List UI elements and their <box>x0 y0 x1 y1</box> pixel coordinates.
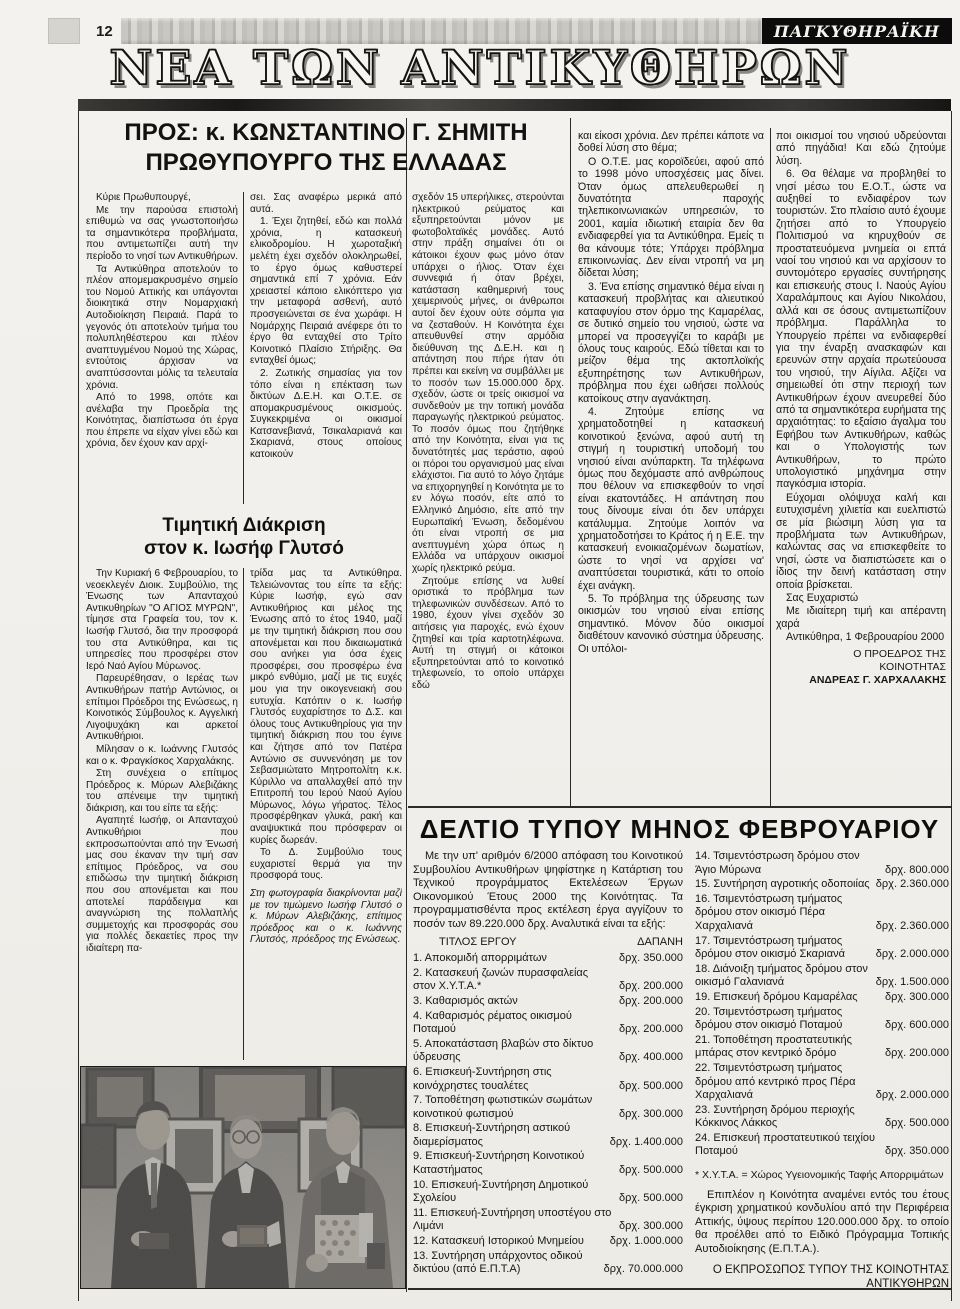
letter-column-5-text: ποι οικισμοί του νησιού υδρεύονται από π… <box>776 130 946 644</box>
press-item-row: 3. Καθαρισμός ακτώνδρχ. 200.000 <box>413 995 683 1009</box>
press-item-row: 13. Συντήρηση υπάρχοντος οδικού δικτύου … <box>413 1250 683 1277</box>
press-item-row: 10. Επισκευή-Συντήρηση Δημοτικού Σχολείο… <box>413 1179 683 1206</box>
press-item-cost: δρχ. 350.000 <box>885 1145 949 1159</box>
press-item-label: 10. Επισκευή-Συντήρηση Δημοτικού Σχολείο… <box>413 1179 619 1206</box>
press-item-row: 2. Κατασκευή ζωνών πυρασφαλείας στον Χ.Υ… <box>413 967 683 994</box>
letter-column-2: σει. Σας αναφέρω μερικά από αυτά.1. Έχει… <box>250 192 402 506</box>
press-item-row: 11. Επισκευή-Συντήρηση υποστέγου στο Λιμ… <box>413 1207 683 1234</box>
newspaper-page: 12 ΠΑΓΚΥΘΗΡΑΪΚΗ ΝΕΑ ΤΩΝ ΑΝΤΙΚΥΘΗΡΩΝ ΠΡΟΣ… <box>0 0 960 1309</box>
press-item-label: 11. Επισκευή-Συντήρηση υποστέγου στο Λιμ… <box>413 1207 619 1234</box>
press-item-label: 1. Αποκομιδή απορριμάτων <box>413 952 619 966</box>
press-item-label: 15. Συντήρηση αγροτικής οδοποιίας <box>695 878 876 892</box>
press-items-right: 14. Τσιμεντόστρωση δρόμου στον Άγιο Μύρω… <box>695 850 949 1159</box>
press-item-row: 16. Τσιμεντόστρωση τμήματος δρόμου στον … <box>695 893 949 934</box>
press-header-title: ΤΙΤΛΟΣ ΕΡΓΟΥ <box>413 936 516 950</box>
press-item-label: 20. Τσιμεντόστρωση τμήματος δρόμου στον … <box>695 1006 885 1033</box>
press-release-intro: Με την υπ' αριθμόν 6/2000 απόφαση του Κο… <box>413 850 683 932</box>
press-item-cost: δρχ. 350.000 <box>619 952 683 966</box>
right-border-rule <box>951 111 952 1301</box>
press-item-label: 2. Κατασκευή ζωνών πυρασφαλείας στον Χ.Υ… <box>413 967 619 994</box>
press-footnote: * Χ.Υ.Τ.Α. = Χώρος Υγειονομικής Ταφής Απ… <box>695 1169 949 1183</box>
letter-title: ΠΡΟΣ: κ. ΚΩΝΣΤΑΝΤΙΝΟ Γ. ΣΗΜΙΤΗ ΠΡΩΘΥΠΟΥΡ… <box>85 118 567 178</box>
column-rule-4 <box>770 128 771 806</box>
press-item-cost: δρχ. 200.000 <box>619 980 683 994</box>
press-item-cost: δρχ. 2.000.000 <box>876 1089 949 1103</box>
letter-column-5: ποι οικισμοί του νησιού υδρεύονται από π… <box>776 130 946 804</box>
press-item-label: 13. Συντήρηση υπάρχοντος οδικού δικτύου … <box>413 1250 604 1277</box>
press-item-row: 17. Τσιμεντόστρωση τμήματος δρόμου στον … <box>695 935 949 962</box>
honor-title-line1: Τιμητική Διάκριση <box>85 514 403 537</box>
press-item-row: 20. Τσιμεντόστρωση τμήματος δρόμου στον … <box>695 1006 949 1033</box>
press-item-label: 12. Κατασκευή Ιστορικού Μνημείου <box>413 1235 610 1249</box>
press-item-cost: δρχ. 200.000 <box>619 995 683 1009</box>
press-item-row: 24. Επισκευή προστατευτικού τειχίου Ποτα… <box>695 1132 949 1159</box>
column-rule-2 <box>406 118 407 1292</box>
honor-column-1-text: Την Κυριακή 6 Φεβρουαρίου, το νεοεκλεγέν… <box>86 568 238 955</box>
press-item-cost: δρχ. 600.000 <box>885 1019 949 1033</box>
letter-column-4-text: και είκοσι χρόνια. Δεν πρέπει κάποτε να … <box>578 130 764 655</box>
press-item-label: 7. Τοποθέτηση φωτιστικών σωμάτων κοινοτι… <box>413 1094 619 1121</box>
press-item-cost: δρχ. 1.500.000 <box>876 976 949 990</box>
press-signature-role-1: Ο ΕΚΠΡΟΣΩΠΟΣ ΤΥΠΟΥ ΤΗΣ ΚΟΙΝΟΤΗΤΑΣ <box>695 1263 949 1277</box>
press-item-row: 5. Αποκατάσταση βλαβών στο δίκτυο ύδρευσ… <box>413 1038 683 1065</box>
press-item-row: 15. Συντήρηση αγροτικής οδοποιίαςδρχ. 2.… <box>695 878 949 892</box>
press-release-left-column: Με την υπ' αριθμόν 6/2000 απόφαση του Κο… <box>413 850 683 1282</box>
press-release-heading: ΔΕΛΤΙΟ ΤΥΠΟΥ ΜΗΝΟΣ ΦΕΒΡΟΥΑΡΙΟΥ <box>408 814 951 845</box>
press-signature-role-2: ΑΝΤΙΚΥΘΗΡΩΝ <box>695 1277 949 1288</box>
press-item-label: 21. Τοποθέτηση προστατευτικής μπάρας στο… <box>695 1034 885 1061</box>
press-item-label: 19. Επισκευή δρόμου Καμαρέλας <box>695 991 885 1005</box>
press-item-row: 12. Κατασκευή Ιστορικού Μνημείουδρχ. 1.0… <box>413 1235 683 1249</box>
letter-signature-name: ΑΝΔΡΕΑΣ Γ. ΧΑΡΧΑΛΑΚΗΣ <box>776 674 946 687</box>
press-item-row: 9. Επισκευή-Συντήρηση Κοινοτικού Καταστή… <box>413 1150 683 1177</box>
press-item-label: 23. Συντήρηση δρόμου περιοχής Κόκκινος Λ… <box>695 1104 885 1131</box>
press-item-cost: δρχ. 500.000 <box>619 1080 683 1094</box>
press-item-cost: δρχ. 1.000.000 <box>610 1235 683 1249</box>
press-item-row: 19. Επισκευή δρόμου Καμαρέλαςδρχ. 300.00… <box>695 991 949 1005</box>
press-item-cost: δρχ. 500.000 <box>885 1117 949 1131</box>
press-item-label: 9. Επισκευή-Συντήρηση Κοινοτικού Καταστή… <box>413 1150 619 1177</box>
ceremony-photo-art <box>81 1067 405 1288</box>
press-item-label: 14. Τσιμεντόστρωση δρόμου στον Άγιο Μύρω… <box>695 850 885 877</box>
column-rule-3 <box>570 118 571 806</box>
press-item-label: 4. Καθαρισμός ρέματος οικισμού Ποταμού <box>413 1010 619 1037</box>
letter-title-line1: ΠΡΟΣ: κ. ΚΩΝΣΤΑΝΤΙΝΟ Γ. ΣΗΜΙΤΗ <box>85 118 567 148</box>
press-item-cost: δρχ. 300.000 <box>619 1220 683 1234</box>
letter-title-line2: ΠΡΩΘΥΠΟΥΡΓΟ ΤΗΣ ΕΛΛΑΔΑΣ <box>85 148 567 178</box>
press-item-label: 22. Τσιμεντόστρωση τμήματος δρόμου από κ… <box>695 1062 876 1103</box>
photo-caption: Στη φωτογραφία διακρίνονται μαζί με τον … <box>250 888 402 946</box>
press-note: Επιπλέον η Κοινότητα αναμένει εντός του … <box>695 1189 949 1257</box>
press-item-cost: δρχ. 300.000 <box>619 1108 683 1122</box>
press-items-left: 1. Αποκομιδή απορριμάτωνδρχ. 350.0002. Κ… <box>413 952 683 1277</box>
honor-column-2-text: τρίδα μας τα Αντικύθηρα. Τελειώνοντας το… <box>250 568 402 882</box>
press-item-label: 17. Τσιμεντόστρωση τμήματος δρόμου στον … <box>695 935 876 962</box>
press-signature: Ο ΕΚΠΡΟΣΩΠΟΣ ΤΥΠΟΥ ΤΗΣ ΚΟΙΝΟΤΗΤΑΣ ΑΝΤΙΚΥ… <box>695 1263 949 1288</box>
press-release-right-column: 14. Τσιμεντόστρωση δρόμου στον Άγιο Μύρω… <box>695 850 949 1288</box>
press-item-row: 7. Τοποθέτηση φωτιστικών σωμάτων κοινοτι… <box>413 1094 683 1121</box>
press-item-row: 18. Διάνοιξη τμήματος δρόμου στον οικισμ… <box>695 963 949 990</box>
press-item-label: 5. Αποκατάσταση βλαβών στο δίκτυο ύδρευσ… <box>413 1038 619 1065</box>
honor-article-title: Τιμητική Διάκριση στον κ. Ιωσήφ Γλυτσό <box>85 514 403 560</box>
honor-column-2: τρίδα μας τα Αντικύθηρα. Τελειώνοντας το… <box>250 568 402 1060</box>
press-item-cost: δρχ. 500.000 <box>619 1192 683 1206</box>
ceremony-photo <box>80 1066 406 1289</box>
press-item-cost: δρχ. 2.000.000 <box>876 948 949 962</box>
letter-column-4: και είκοσι χρόνια. Δεν πρέπει κάποτε να … <box>578 130 764 804</box>
honor-column-1: Την Κυριακή 6 Φεβρουαρίου, το νεοεκλεγέν… <box>86 568 238 1060</box>
press-item-cost: δρχ. 400.000 <box>619 1051 683 1065</box>
letter-column-1: Κύριε Πρωθυπουργέ,Με την παρούσα επιστολ… <box>86 192 238 506</box>
press-item-cost: δρχ. 200.000 <box>885 1047 949 1061</box>
press-item-cost: δρχ. 500.000 <box>619 1164 683 1178</box>
letter-column-2-text: σει. Σας αναφέρω μερικά από αυτά.1. Έχει… <box>250 192 402 461</box>
press-item-label: 24. Επισκευή προστατευτικού τειχίου Ποτα… <box>695 1132 885 1159</box>
press-item-cost: δρχ. 70.000.000 <box>604 1263 683 1277</box>
press-item-row: 21. Τοποθέτηση προστατευτικής μπάρας στο… <box>695 1034 949 1061</box>
masthead-divider-bar <box>78 99 951 111</box>
press-item-cost: δρχ. 200.000 <box>619 1023 683 1037</box>
press-item-row: 6. Επισκευή-Συντήρηση στις κοινόχρηστες … <box>413 1066 683 1093</box>
press-item-row: 4. Καθαρισμός ρέματος οικισμού Ποταμούδρ… <box>413 1010 683 1037</box>
press-item-cost: δρχ. 300.000 <box>885 991 949 1005</box>
press-top-rule <box>408 806 951 808</box>
press-bottom-rule <box>408 1288 951 1290</box>
press-item-cost: δρχ. 800.000 <box>885 864 949 878</box>
page-number-tile <box>48 18 80 44</box>
column-rule-1b <box>243 568 244 1060</box>
press-item-label: 16. Τσιμεντόστρωση τμήματος δρόμου στον … <box>695 893 876 934</box>
press-table-header: ΤΙΤΛΟΣ ΕΡΓΟΥ ΔΑΠΑΝΗ <box>413 936 683 950</box>
press-item-row: 8. Επισκευή-Συντήρηση αστικού διαμερίσμα… <box>413 1122 683 1149</box>
press-item-row: 1. Αποκομιδή απορριμάτωνδρχ. 350.000 <box>413 952 683 966</box>
letter-signature-role-2: ΚΟΙΝΟΤΗΤΑΣ <box>776 661 946 674</box>
column-rule-1 <box>243 192 244 504</box>
press-item-row: 22. Τσιμεντόστρωση τμήματος δρόμου από κ… <box>695 1062 949 1103</box>
section-masthead: ΝΕΑ ΤΩΝ ΑΝΤΙΚΥΘΗΡΩΝ <box>0 44 960 94</box>
press-item-row: 14. Τσιμεντόστρωση δρόμου στον Άγιο Μύρω… <box>695 850 949 877</box>
honor-title-line2: στον κ. Ιωσήφ Γλυτσό <box>85 537 403 560</box>
press-item-cost: δρχ. 2.360.000 <box>876 920 949 934</box>
letter-signature-role-1: Ο ΠΡΟΕΔΡΟΣ ΤΗΣ <box>776 648 946 661</box>
press-item-label: 6. Επισκευή-Συντήρηση στις κοινόχρηστες … <box>413 1066 619 1093</box>
letter-column-3: σχεδόν 15 υπερήλικες, στερούνται ηλεκτρι… <box>412 192 564 804</box>
press-item-cost: δρχ. 2.360.000 <box>876 878 949 892</box>
press-item-label: 8. Επισκευή-Συντήρηση αστικού διαμερίσμα… <box>413 1122 610 1149</box>
letter-signature: Ο ΠΡΟΕΔΡΟΣ ΤΗΣ ΚΟΙΝΟΤΗΤΑΣ ΑΝΔΡΕΑΣ Γ. ΧΑΡ… <box>776 648 946 687</box>
letter-column-3-text: σχεδόν 15 υπερήλικες, στερούνται ηλεκτρι… <box>412 192 564 692</box>
press-item-cost: δρχ. 1.400.000 <box>610 1136 683 1150</box>
left-border-rule <box>78 111 79 1301</box>
press-item-label: 18. Διάνοιξη τμήματος δρόμου στον οικισμ… <box>695 963 876 990</box>
press-item-label: 3. Καθαρισμός ακτών <box>413 995 619 1009</box>
letter-column-1-text: Κύριε Πρωθυπουργέ,Με την παρούσα επιστολ… <box>86 192 238 450</box>
press-item-row: 23. Συντήρηση δρόμου περιοχής Κόκκινος Λ… <box>695 1104 949 1131</box>
press-header-cost: ΔΑΠΑΝΗ <box>637 936 683 950</box>
